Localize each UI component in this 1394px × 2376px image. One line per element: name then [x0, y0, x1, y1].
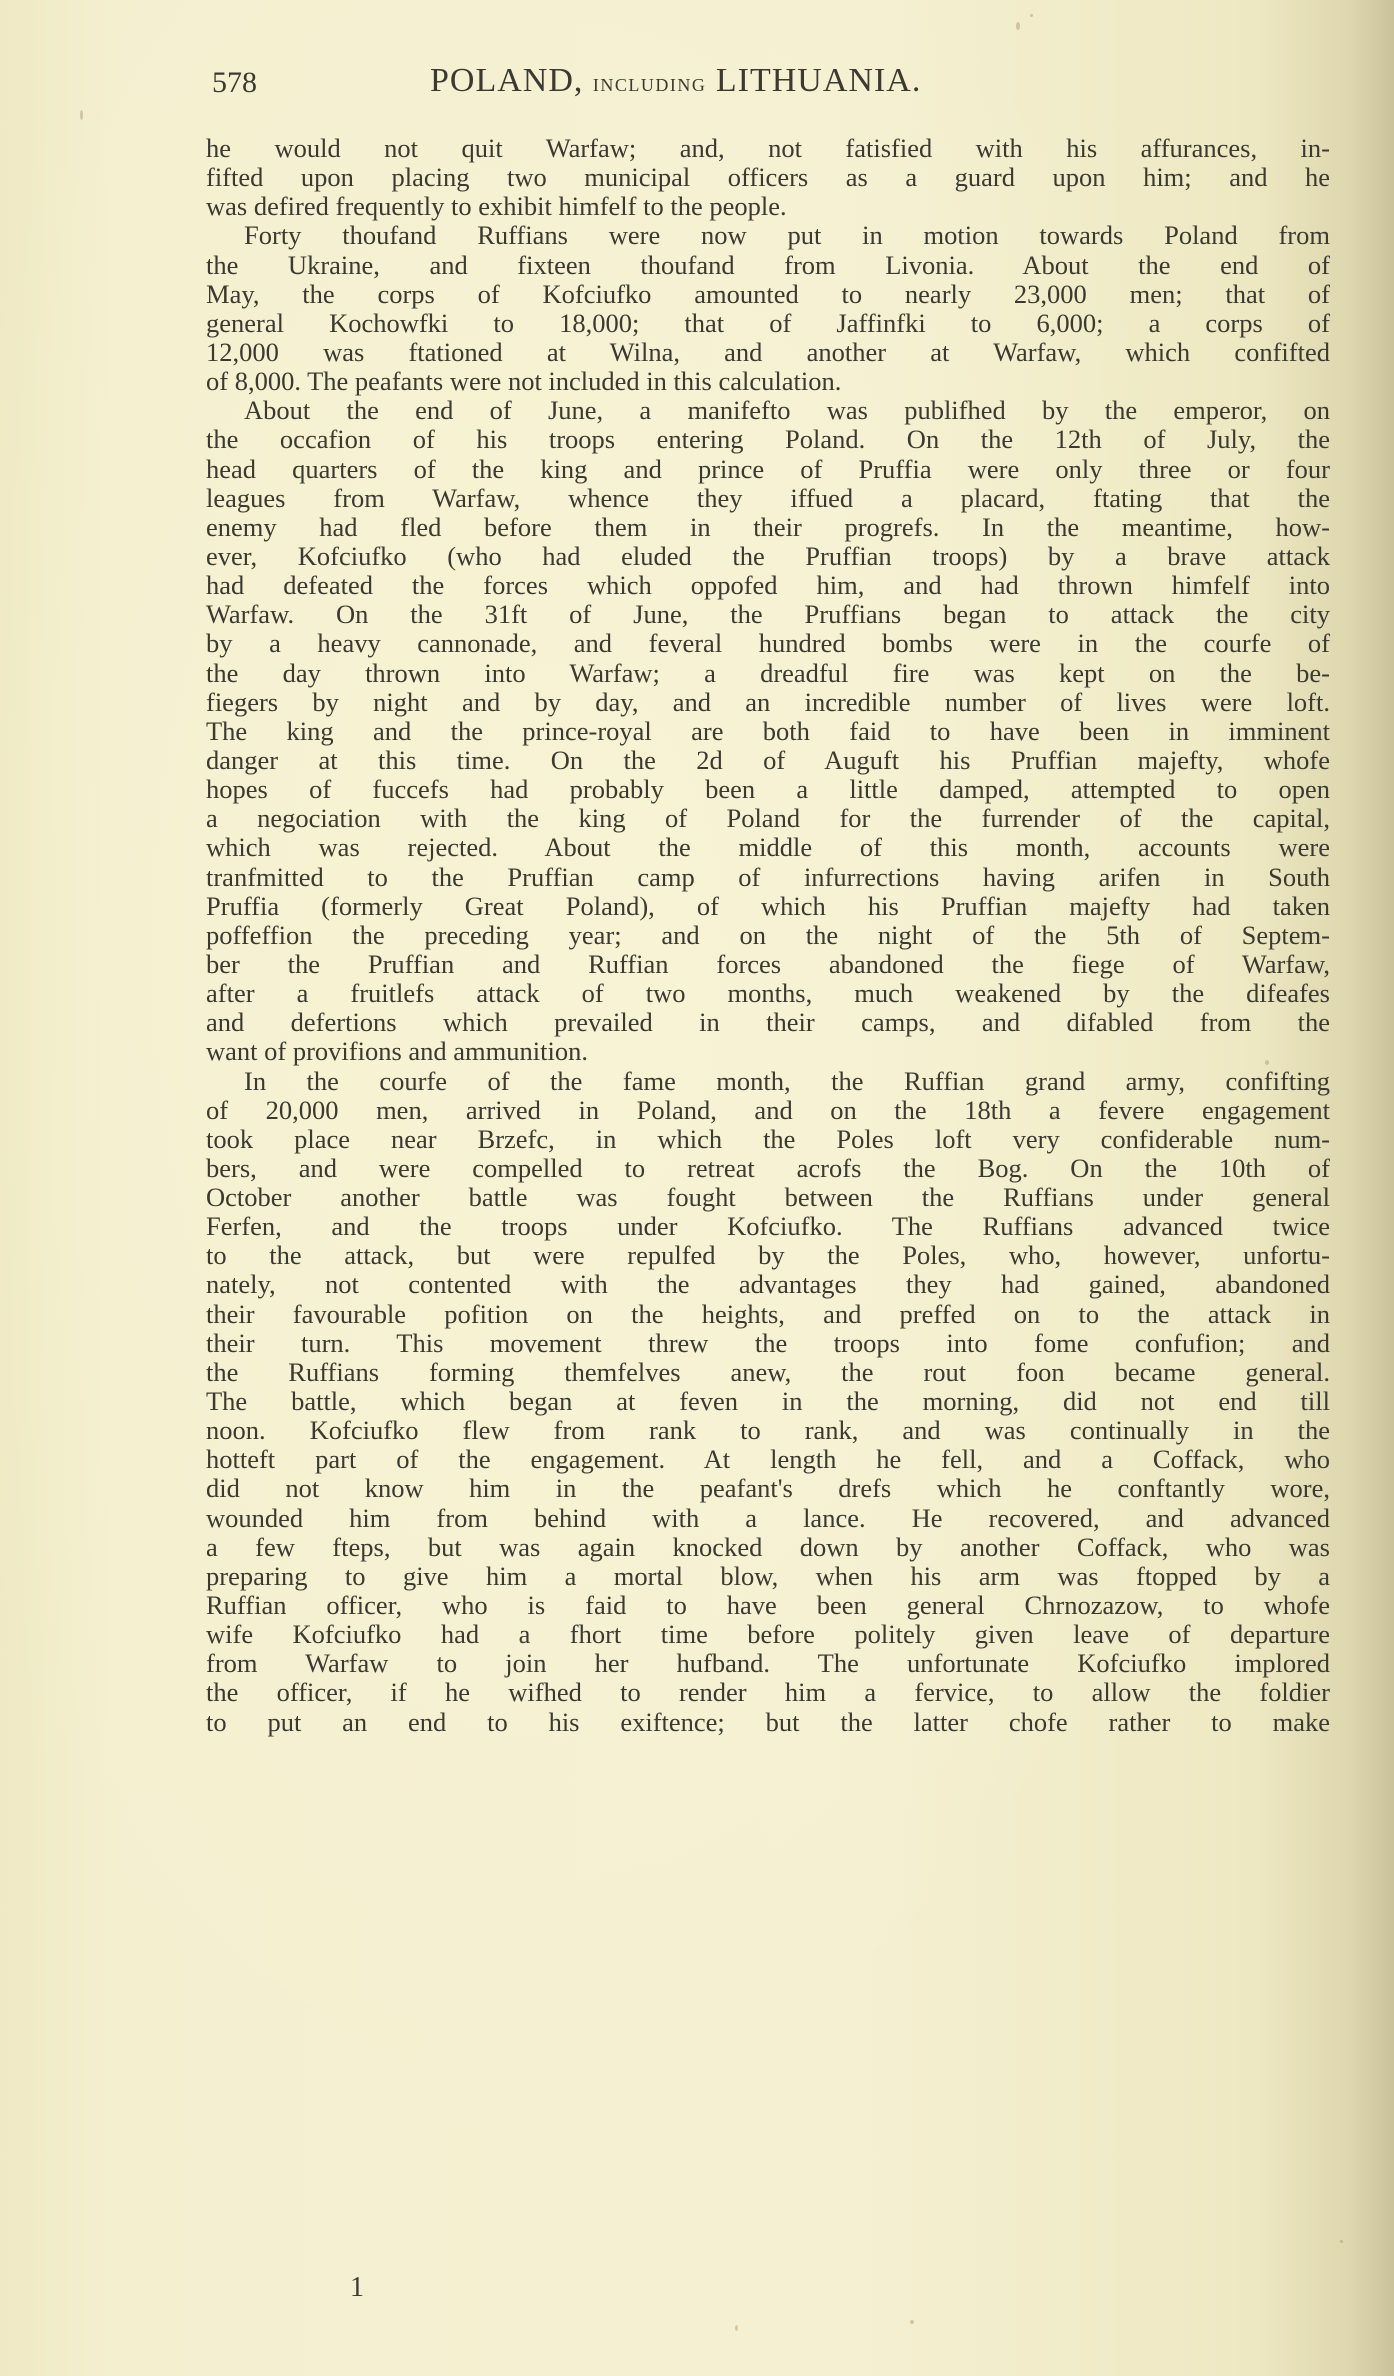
- text-line: did not know him in the peafant's drefs …: [206, 1474, 1330, 1503]
- text-line: want of provifions and ammunition.: [206, 1037, 1330, 1066]
- text-line: the Ukraine, and fixteen thoufand from L…: [206, 251, 1330, 280]
- paper-speck: [1016, 22, 1020, 30]
- paper-speck: [735, 2325, 738, 2331]
- paper-speck: [910, 2320, 914, 2324]
- text-line: the day thrown into Warfaw; a dreadful f…: [206, 659, 1330, 688]
- text-line: In the courfe of the fame month, the Ruf…: [206, 1067, 1330, 1096]
- text-line: which was rejected. About the middle of …: [206, 833, 1330, 862]
- paper-speck: [520, 1640, 523, 1643]
- text-line: after a fruitlefs attack of two months, …: [206, 979, 1330, 1008]
- text-line: their favourable pofition on the heights…: [206, 1300, 1330, 1329]
- page-number: 578: [212, 66, 257, 100]
- text-line: Ruffian officer, who is faid to have bee…: [206, 1591, 1330, 1620]
- text-line: Forty thoufand Ruffians were now put in …: [206, 221, 1330, 250]
- text-line: a negociation with the king of Poland fo…: [206, 804, 1330, 833]
- text-line: and defertions which prevailed in their …: [206, 1008, 1330, 1037]
- scanned-page: 578 POLAND, including LITHUANIA. he woul…: [0, 0, 1394, 2376]
- text-line: he would not quit Warfaw; and, not fatis…: [206, 134, 1330, 163]
- title-poland: POLAND,: [430, 62, 583, 99]
- text-line: tranfmitted to the Pruffian camp of infu…: [206, 863, 1330, 892]
- text-line: wounded him from behind with a lance. He…: [206, 1504, 1330, 1533]
- text-line: their turn. This movement threw the troo…: [206, 1329, 1330, 1358]
- text-line: the officer, if he wifhed to render him …: [206, 1678, 1330, 1707]
- text-line: About the end of June, a manifefto was p…: [206, 396, 1330, 425]
- text-line: poffeffion the preceding year; and on th…: [206, 921, 1330, 950]
- text-line: fiegers by night and by day, and an incr…: [206, 688, 1330, 717]
- text-line: ber the Pruffian and Ruffian forces aban…: [206, 950, 1330, 979]
- text-line: had defeated the forces which oppofed hi…: [206, 571, 1330, 600]
- text-line: to put an end to his exiftence; but the …: [206, 1708, 1330, 1737]
- title-lithuania: LITHUANIA.: [716, 62, 921, 99]
- text-line: of 8,000. The peafants were not included…: [206, 367, 1330, 396]
- text-line: leagues from Warfaw, whence they iffued …: [206, 484, 1330, 513]
- text-line: the occafion of his troops entering Pola…: [206, 425, 1330, 454]
- text-line: the Ruffians forming themfelves anew, th…: [206, 1358, 1330, 1387]
- text-line: Warfaw. On the 31ft of June, the Pruffia…: [206, 600, 1330, 629]
- text-line: 12,000 was ftationed at Wilna, and anoth…: [206, 338, 1330, 367]
- text-line: hopes of fuccefs had probably been a lit…: [206, 775, 1330, 804]
- text-line: The king and the prince-royal are both f…: [206, 717, 1330, 746]
- text-line: to the attack, but were repulfed by the …: [206, 1241, 1330, 1270]
- text-line: October another battle was fought betwee…: [206, 1183, 1330, 1212]
- text-line: from Warfaw to join her hufband. The unf…: [206, 1649, 1330, 1678]
- text-line: a few fteps, but was again knocked down …: [206, 1533, 1330, 1562]
- text-line: wife Kofciufko had a fhort time before p…: [206, 1620, 1330, 1649]
- text-line: hotteft part of the engagement. At lengt…: [206, 1445, 1330, 1474]
- text-line: nately, not contented with the advantage…: [206, 1270, 1330, 1299]
- running-header: 578 POLAND, including LITHUANIA.: [212, 62, 1152, 102]
- paper-speck: [1340, 2240, 1343, 2243]
- body-text: he would not quit Warfaw; and, not fatis…: [206, 134, 1330, 1737]
- text-line: fifted upon placing two municipal office…: [206, 163, 1330, 192]
- text-line: preparing to give him a mortal blow, whe…: [206, 1562, 1330, 1591]
- text-line: Ferfen, and the troops under Kofciufko. …: [206, 1212, 1330, 1241]
- paper-speck: [1265, 1060, 1269, 1065]
- text-line: general Kochowfki to 18,000; that of Jaf…: [206, 309, 1330, 338]
- title-including: including: [593, 68, 706, 97]
- running-title: POLAND, including LITHUANIA.: [430, 62, 921, 100]
- text-line: ever, Kofciufko (who had eluded the Pruf…: [206, 542, 1330, 571]
- text-line: enemy had fled before them in their prog…: [206, 513, 1330, 542]
- text-line: Pruffia (formerly Great Poland), of whic…: [206, 892, 1330, 921]
- text-line: took place near Brzefc, in which the Pol…: [206, 1125, 1330, 1154]
- paper-speck: [80, 110, 83, 120]
- text-line: danger at this time. On the 2d of Auguft…: [206, 746, 1330, 775]
- text-line: head quarters of the king and prince of …: [206, 455, 1330, 484]
- text-line: noon. Kofciufko flew from rank to rank, …: [206, 1416, 1330, 1445]
- text-line: bers, and were compelled to retreat acro…: [206, 1154, 1330, 1183]
- text-line: by a heavy cannonade, and feveral hundre…: [206, 629, 1330, 658]
- text-line: The battle, which began at feven in the …: [206, 1387, 1330, 1416]
- text-line: was defired frequently to exhibit himfel…: [206, 192, 1330, 221]
- text-line: May, the corps of Kofciufko amounted to …: [206, 280, 1330, 309]
- text-line: of 20,000 men, arrived in Poland, and on…: [206, 1096, 1330, 1125]
- paper-speck: [1030, 14, 1033, 17]
- paper-speck: [1052, 1115, 1056, 1119]
- signature-mark: 1: [350, 2272, 364, 2304]
